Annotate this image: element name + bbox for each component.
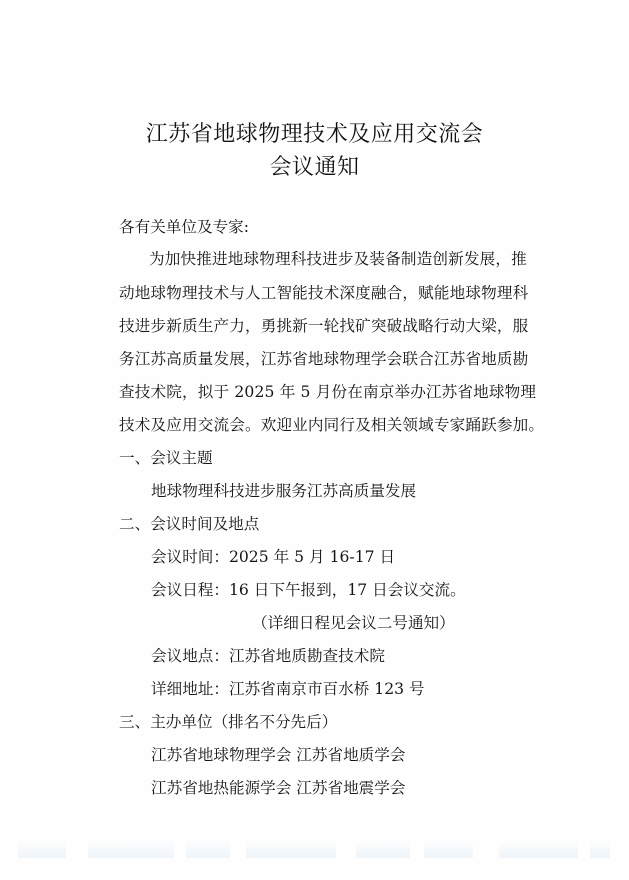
- organizer-line: 江苏省地球物理学会 江苏省地质学会: [151, 743, 405, 765]
- section-item: 地球物理科技进步服务江苏高质量发展: [151, 479, 416, 501]
- meeting-venue: 会议地点：江苏省地质勘查技术院: [151, 644, 385, 666]
- meeting-time: 会议时间：2025 年 5 月 16-17 日: [151, 545, 395, 567]
- scan-artifact: [18, 840, 610, 858]
- meeting-schedule: 会议日程：16 日下午报到，17 日会议交流。: [151, 578, 466, 600]
- intro-paragraph-line: 务江苏高质量发展，江苏省地球物理学会联合江苏省地质勘: [119, 347, 528, 369]
- salutation: 各有关单位及专家:: [119, 215, 249, 237]
- document-subtitle: 会议通知: [0, 150, 629, 181]
- organizer-line: 江苏省地热能源学会 江苏省地震学会: [151, 776, 405, 798]
- intro-paragraph-line: 查技术院，拟于 2025 年 5 月份在南京举办江苏省地球物理: [119, 380, 536, 402]
- intro-paragraph-line: 技进步新质生产力，勇挑新一轮找矿突破战略行动大梁，服: [119, 314, 528, 336]
- intro-paragraph-line: 为加快推进地球物理科技进步及装备制造创新发展，推: [149, 247, 527, 269]
- schedule-note: （详细日程见会议二号通知）: [252, 611, 455, 633]
- section-heading-theme: 一、会议主题: [119, 446, 213, 468]
- document-title: 江苏省地球物理技术及应用交流会: [0, 117, 629, 148]
- meeting-address: 详细地址：江苏省南京市百水桥 123 号: [151, 677, 425, 699]
- section-heading-organizers: 三、主办单位（排名不分先后）: [119, 710, 337, 732]
- notice-page: 江苏省地球物理技术及应用交流会 会议通知 各有关单位及专家: 为加快推进地球物理…: [0, 0, 629, 880]
- intro-paragraph-line: 技术及应用交流会。欢迎业内同行及相关领域专家踊跃参加。: [119, 413, 544, 435]
- intro-paragraph-line: 动地球物理技术与人工智能技术深度融合，赋能地球物理科: [119, 281, 528, 303]
- section-heading-time-place: 二、会议时间及地点: [119, 512, 259, 534]
